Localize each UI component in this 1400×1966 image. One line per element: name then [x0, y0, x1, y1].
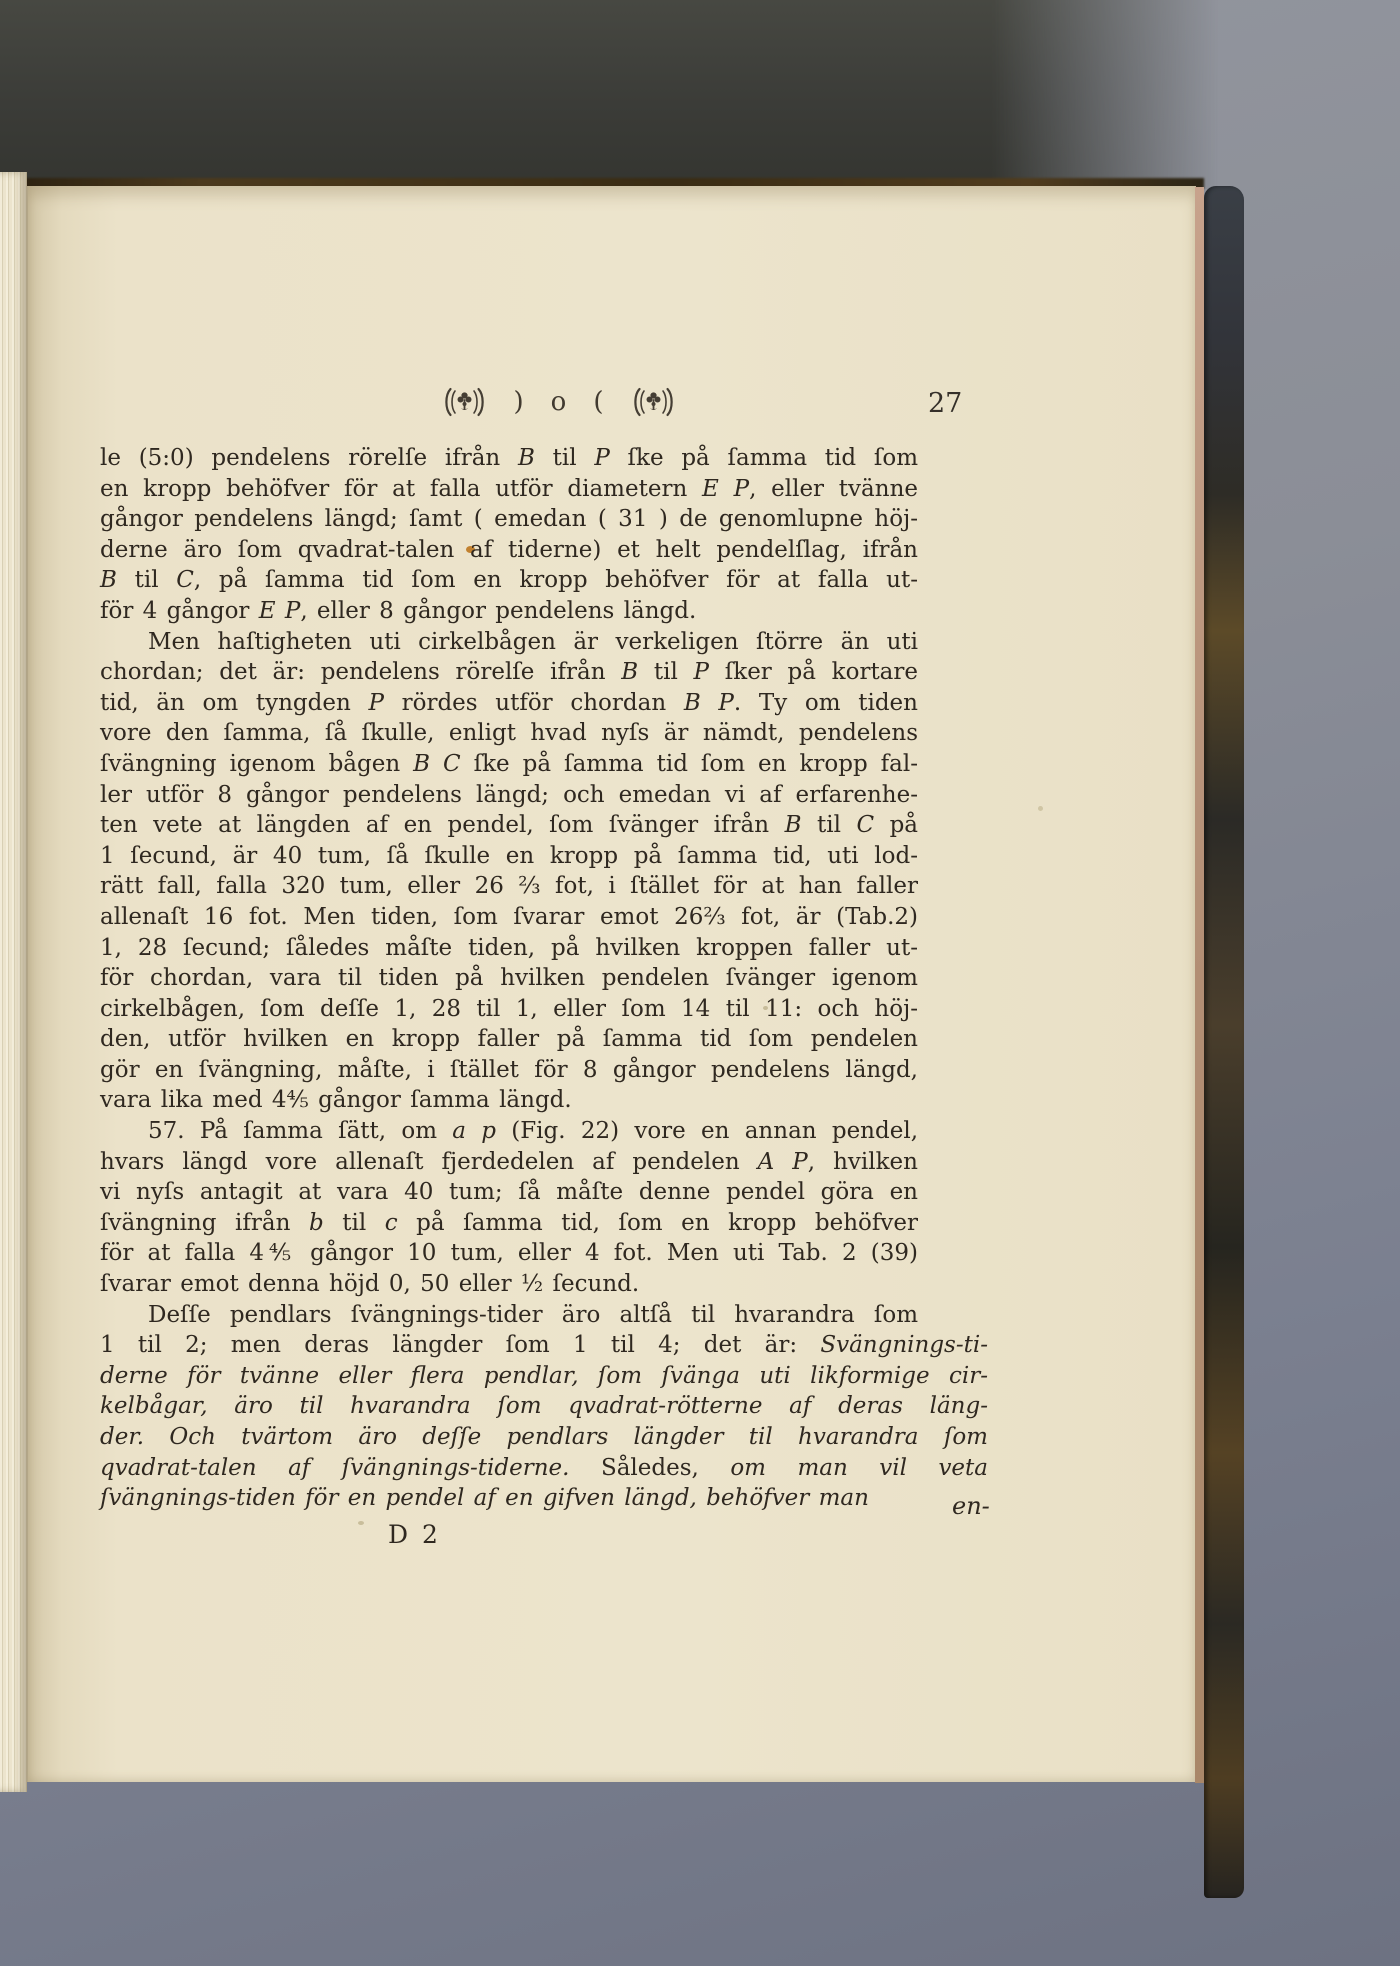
- book-cover-edge: [1204, 186, 1244, 1898]
- text-line: 57. På ſamma ſätt, om a p (Fig. 22) vore…: [100, 1116, 918, 1147]
- text-line: gångor pendelens längd; ſamt ( emedan ( …: [100, 504, 918, 535]
- signature-mark: D 2: [388, 1520, 441, 1549]
- page-fore-edges: [0, 172, 27, 1792]
- text-line: qvadrat-talen af ſvängnings-tiderne. Sål…: [100, 1453, 988, 1484]
- text-line: 1, 28 ſecund; ſåledes måſte tiden, på hv…: [100, 933, 918, 964]
- book-page: ) o (: [27, 186, 1196, 1782]
- text-line: gör en ſvängning, måſte, i ſtället för 8…: [100, 1055, 918, 1086]
- text-line: derne för tvänne eller flera pendlar, ſo…: [100, 1361, 988, 1392]
- text-line: en kropp behöfver för at falla utför dia…: [100, 474, 918, 505]
- text-line: för at falla 4⅘ gångor 10 tum, eller 4 f…: [100, 1238, 918, 1269]
- text-line: der. Och tvärtom äro deſſe pendlars läng…: [100, 1422, 988, 1453]
- text-line: 1 ſecund, är 40 tum, ſå ſkulle en kropp …: [100, 841, 918, 872]
- text-line: ſvängnings-tiden för en pendel af en gif…: [100, 1483, 988, 1514]
- fleuron-icon: [630, 386, 676, 418]
- text-line: för 4 gångor E P, eller 8 gångor pendele…: [100, 596, 918, 627]
- text-line: vore den ſamma, ſå ſkulle, enligt hvad n…: [100, 718, 918, 749]
- text-line: rätt fall, falla 320 tum, eller 26 ⅔ fot…: [100, 871, 918, 902]
- header-divider-open: (: [593, 387, 604, 417]
- header-divider-o: o: [551, 387, 568, 417]
- text-line: ſvängning ifrån b til c på ſamma tid, ſo…: [100, 1208, 918, 1239]
- text-line: Men haſtigheten uti cirkelbågen är verke…: [100, 627, 918, 658]
- paper-speck: [1038, 806, 1043, 811]
- page-header: ) o (: [100, 384, 918, 428]
- text-line: för chordan, vara til tiden på hvilken p…: [100, 963, 918, 994]
- text-line: le (5:0) pendelens rörelſe ifrån B til P…: [100, 443, 918, 474]
- text-line: cirkelbågen, ſom deſſe 1, 28 til 1, elle…: [100, 994, 918, 1025]
- page-body-text: le (5:0) pendelens rörelſe ifrån B til P…: [100, 443, 918, 1514]
- text-line: kelbågar, äro til hvarandra ſom qvadrat-…: [100, 1391, 988, 1422]
- text-line: vi nyſs antagit at vara 40 tum; ſå måſte…: [100, 1177, 918, 1208]
- text-column: ) o (: [100, 384, 918, 1562]
- text-line: allenaſt 16 fot. Men tiden, ſom ſvarar e…: [100, 902, 918, 933]
- text-line: chordan; det är: pendelens rörelſe ifrån…: [100, 657, 918, 688]
- text-line: B til C, på ſamma tid ſom en kropp behöf…: [100, 565, 918, 596]
- text-line: ſvarar emot denna höjd 0, 50 eller ½ ſec…: [100, 1269, 918, 1300]
- page-block-edge: [1195, 187, 1204, 1783]
- header-ornament-group: ) o (: [442, 386, 677, 418]
- text-line: hvars längd vore allenaſt fjerdedelen af…: [100, 1147, 918, 1178]
- page-number: 27: [928, 388, 962, 419]
- text-line: Deſſe pendlars ſvängnings-tider äro altſ…: [100, 1300, 918, 1331]
- text-line: 1 til 2; men deras längder ſom 1 til 4; …: [100, 1330, 988, 1361]
- book-top-shadow: [0, 0, 1256, 189]
- text-line: ſvängning igenom bågen B C ſke på ſamma …: [100, 749, 918, 780]
- fleuron-icon: [442, 386, 488, 418]
- catchword: en-: [952, 1492, 990, 1520]
- text-line: vara lika med 4⅘ gångor ſamma längd.: [100, 1085, 918, 1116]
- text-line: den, utför hvilken en kropp faller på ſa…: [100, 1024, 918, 1055]
- page-footer: D 2 en-: [100, 1516, 918, 1562]
- text-line: ten vete at längden af en pendel, ſom ſv…: [100, 810, 918, 841]
- text-line: derne äro ſom qvadrat-talen af tiderne) …: [100, 535, 918, 566]
- text-line: ler utför 8 gångor pendelens längd; och …: [100, 780, 918, 811]
- header-divider-close: ): [514, 387, 525, 417]
- text-line: tid, än om tyngden P rördes utför chorda…: [100, 688, 918, 719]
